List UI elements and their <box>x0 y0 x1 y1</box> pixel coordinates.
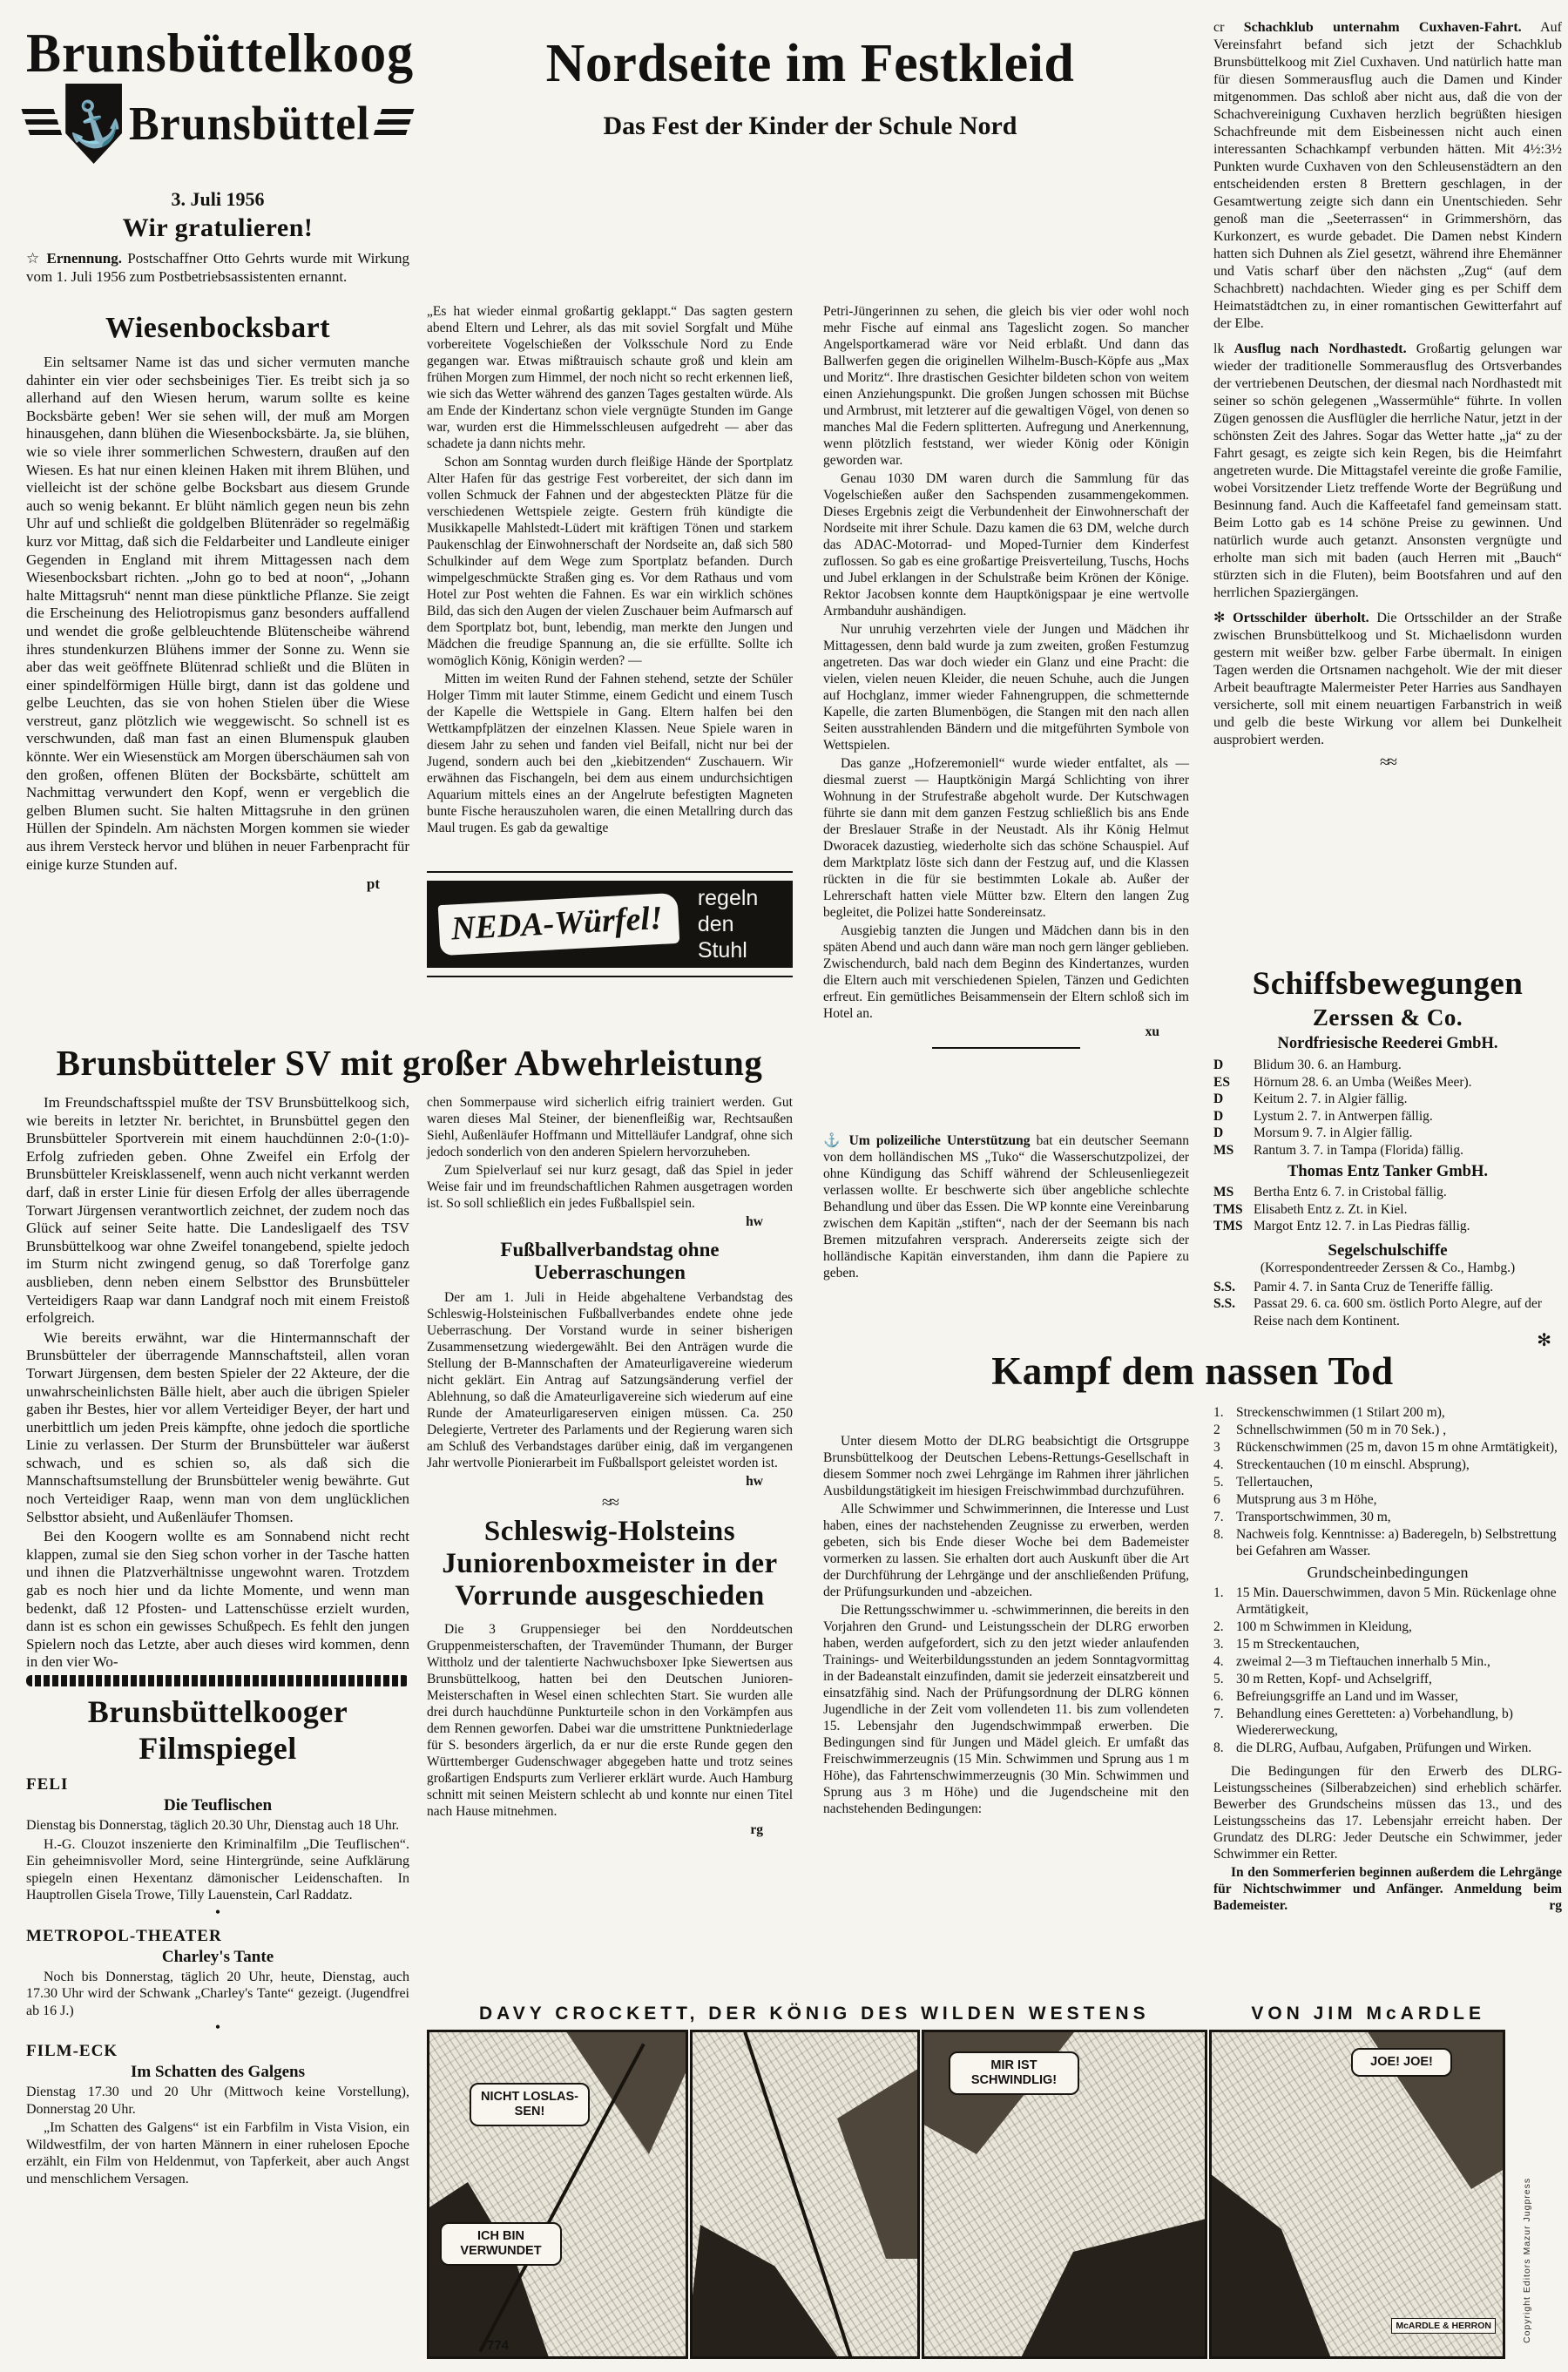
grundschein-title: Grundscheinbedingungen <box>1213 1564 1562 1581</box>
jugend-list-item: 8.Nachweis folg. Kenntnisse: a) Baderege… <box>1213 1526 1562 1559</box>
list-text: 30 m Retten, Kopf- und Achselgriff, <box>1236 1671 1432 1687</box>
section-filmspiegel: Brunsbüttelkooger Filmspiegel FELI Die T… <box>26 1693 409 2187</box>
issue-date: 3. Juli 1956 <box>26 188 409 211</box>
nordseite-signature: xu <box>823 1024 1189 1040</box>
kino-film-title: Charley's Tante <box>26 1948 409 1967</box>
dlrg-col-b: 1.Streckenschwimmen (1 Stilart 200 m), 2… <box>1213 1404 1562 1916</box>
wiesen-text: Ein seltsamer Name ist das und sicher ve… <box>26 354 409 874</box>
dlrg-signature: rg <box>1531 1897 1562 1914</box>
list-number: 6. <box>1213 1688 1236 1705</box>
dot-divider-icon: • <box>26 2021 409 2033</box>
polizei-title: Um polizeiliche Unterstützung <box>849 1133 1031 1148</box>
panel-number: 774 <box>487 2338 509 2353</box>
ship-text: Keitum 2. 7. in Algier fällig. <box>1254 1091 1408 1108</box>
sv-paragraph: chen Sommerpause wird sicherlich eifrig … <box>427 1094 793 1160</box>
comic-panel-2 <box>690 2030 920 2359</box>
polizei-text: bat ein deutscher Seemann von dem hollän… <box>823 1133 1189 1281</box>
grund-list-item: 4.zweimal 2—3 m Tieftauchen innerhalb 5 … <box>1213 1653 1562 1670</box>
grund-list-item: 8.die DLRG, Aufbau, Aufgaben, Prüfungen … <box>1213 1740 1562 1756</box>
nordseite-col-b: Petri-Jüngerinnen zu sehen, die gleich b… <box>823 303 1189 1056</box>
wave-divider: ≈≈ <box>427 1495 793 1510</box>
masthead: Brunsbüttelkoog ⚓ Brunsbüttel 3. Juli 19… <box>26 26 409 211</box>
jugend-list-item: 7.Transportschwimmen, 30 m, <box>1213 1509 1562 1525</box>
dlrg-paragraph: Unter diesem Motto der DLRG beabsichtigt… <box>823 1433 1189 1499</box>
grund-list-item: 2.100 m Schwimmen in Kleidung, <box>1213 1619 1562 1635</box>
schiffe-title: Schiffsbewegungen <box>1213 965 1562 1003</box>
list-text: Mutsprung aus 3 m Höhe, <box>1236 1491 1376 1508</box>
comic-copyright: Copyright Editors Mazur Jugpress <box>1522 2065 1532 2343</box>
article-wiesenbocksbart: Wiesenbocksbart Ein seltsamer Name ist d… <box>26 312 409 894</box>
article-schachklub: cr Schachklub unternahm Cuxhaven-Fahrt. … <box>1213 19 1562 333</box>
ad-rule-bottom <box>427 976 793 977</box>
boxen-signature: rg <box>427 1821 793 1838</box>
schiffe-company: Zerssen & Co. <box>1213 1004 1562 1031</box>
jugend-list-item: 4.Streckentauchen (10 m einschl. Absprun… <box>1213 1456 1562 1473</box>
ship-text: Lystum 2. 7. in Antwerpen fällig. <box>1254 1108 1433 1125</box>
list-number: 2. <box>1213 1619 1236 1635</box>
ship-entry: DKeitum 2. 7. in Algier fällig. <box>1213 1091 1562 1108</box>
jugend-list-item: 6Mutsprung aus 3 m Höhe, <box>1213 1491 1562 1508</box>
anchor-shield-icon: ⚓ <box>65 84 122 164</box>
comic-panel-3: MIR IST SCHWINDLIG! <box>922 2030 1207 2359</box>
kino-review: „Im Schatten des Galgens“ ist ein Farbfi… <box>26 2119 409 2187</box>
verbandstag-text: Der am 1. Juli in Heide abgehaltene Verb… <box>427 1289 793 1471</box>
speech-bubble: NICHT LOSLAS- SEN! <box>470 2083 590 2126</box>
star-icon: ☆ <box>26 250 41 267</box>
polizei-item: ⚓ Um polizeiliche Unterstützung bat ein … <box>823 1132 1189 1281</box>
ship-entry: DMorsum 9. 7. in Algier fällig. <box>1213 1125 1562 1142</box>
speech-bubble: MIR IST SCHWINDLIG! <box>949 2051 1079 2095</box>
sv-paragraph: Zum Spielverlauf sei nur kurz gesagt, da… <box>427 1162 793 1212</box>
ship-type: MS <box>1213 1184 1254 1201</box>
ship-entry: DLystum 2. 7. in Antwerpen fällig. <box>1213 1108 1562 1125</box>
nordseite-paragraph: Petri-Jüngerinnen zu sehen, die gleich b… <box>823 303 1189 469</box>
boxen-text: Die 3 Gruppensieger bei den Norddeutsche… <box>427 1621 793 1820</box>
ship-type: S.S. <box>1213 1279 1254 1296</box>
ship-type: D <box>1213 1091 1254 1108</box>
kino-film-title: Im Schatten des Galgens <box>26 2063 409 2082</box>
article-polizei: ⚓ Um polizeiliche Unterstützung bat ein … <box>823 1132 1189 1283</box>
ship-text: Hörnum 28. 6. an Umba (Weißes Meer). <box>1254 1074 1472 1091</box>
kino-times: Dienstag 17.30 und 20 Uhr (Mittwoch kein… <box>26 2084 409 2118</box>
list-number: 8. <box>1213 1526 1236 1559</box>
speech-bubble: ICH BIN VERWUNDET <box>440 2222 562 2266</box>
ship-type: TMS <box>1213 1201 1254 1219</box>
kino-name-metropol: METROPOL-THEATER <box>26 1927 409 1946</box>
schiffe-sec1-name: Nordfriesische Reederei GmbH. <box>1213 1035 1562 1053</box>
ship-text: Pamir 4. 7. in Santa Cruz de Teneriffe f… <box>1254 1279 1493 1296</box>
neda-ad: NEDA-Würfel! regeln den Stuhl <box>427 871 793 977</box>
list-text: Transportschwimmen, 30 m, <box>1236 1509 1391 1525</box>
sv-signature: hw <box>427 1213 793 1230</box>
list-text: Rückenschwimmen (25 m, davon 15 m ohne A… <box>1236 1439 1558 1456</box>
kino-name-filmeck: FILM-ECK <box>26 2042 409 2061</box>
kino-review: H.-G. Clouzot inszenierte den Kriminalfi… <box>26 1836 409 1904</box>
ship-text: Margot Entz 12. 7. in Las Piedras fällig… <box>1254 1218 1470 1235</box>
wiesen-title: Wiesenbocksbart <box>26 312 409 345</box>
section-gratulieren: Wir gratulieren! ☆ Ernennung. Postschaff… <box>26 213 409 287</box>
ausflug-title: Ausflug nach Nordhastedt. <box>1234 341 1407 356</box>
comic-panel-4: JOE! JOE! McARDLE & HERRON <box>1209 2030 1505 2359</box>
jugend-list-item: 2Schnellschwimmen (50 m in 70 Sek.) , <box>1213 1422 1562 1438</box>
list-text: die DLRG, Aufbau, Aufgaben, Prüfungen un… <box>1236 1740 1531 1756</box>
ship-text: Passat 29. 6. ca. 600 sm. östlich Porto … <box>1254 1295 1562 1329</box>
nordseite-paragraph: Nur unruhig verzehrten viele der Jungen … <box>823 621 1189 753</box>
nordseite-subtitle: Das Fest der Kinder der Schule Nord <box>427 112 1193 141</box>
ship-type: TMS <box>1213 1218 1254 1235</box>
list-text: Streckentauchen (10 m einschl. Absprung)… <box>1236 1456 1470 1473</box>
verbandstag-title: Fußballverbandstag ohne Ueberraschungen <box>427 1239 793 1284</box>
sv-paragraph: Im Freundschaftsspiel mußte der TSV Brun… <box>26 1094 409 1328</box>
schiffe-sec3-note: (Korrespondentreeder Zerssen & Co., Hamb… <box>1213 1260 1562 1276</box>
neda-claim-line1: regeln <box>698 885 781 911</box>
ship-type: ES <box>1213 1074 1254 1091</box>
kino-times: Noch bis Donnerstag, täglich 20 Uhr, heu… <box>26 1969 409 2020</box>
sv-paragraph: Bei den Koogern wollte es am Sonnabend n… <box>26 1528 409 1672</box>
speech-bubble: JOE! JOE! <box>1351 2048 1452 2077</box>
article-ausflug: lk Ausflug nach Nordhastedt. Großartig g… <box>1213 341 1562 602</box>
list-text: zweimal 2—3 m Tieftauchen innerhalb 5 Mi… <box>1236 1653 1490 1670</box>
jugend-list-item: 3Rückenschwimmen (25 m, davon 15 m ohne … <box>1213 1439 1562 1456</box>
comic-title-right: VON JIM McARDLE <box>1251 2004 1485 2024</box>
schiffe-sec2-name: Thomas Entz Tanker GmbH. <box>1213 1163 1562 1181</box>
sv-paragraph: Wie bereits erwähnt, war die Hintermanns… <box>26 1329 409 1527</box>
sv-title: Brunsbütteler SV mit großer Abwehrleistu… <box>26 1042 793 1084</box>
ship-entry: DBlidum 30. 6. an Hamburg. <box>1213 1057 1562 1074</box>
speed-lines-left-icon <box>21 109 63 139</box>
list-number: 3 <box>1213 1439 1236 1456</box>
kino-film-title: Die Teuflischen <box>26 1796 409 1815</box>
verbandstag-signature: hw <box>427 1473 793 1490</box>
column-4-top: cr Schachklub unternahm Cuxhaven-Fahrt. … <box>1213 19 1562 775</box>
list-number: 3. <box>1213 1636 1236 1652</box>
ship-entry: TMSMargot Entz 12. 7. in Las Piedras fäl… <box>1213 1218 1562 1235</box>
article-nordseite-header: Nordseite im Festkleid Das Fest der Kind… <box>427 35 1193 141</box>
ortsschilder-title: Ortsschilder überholt. <box>1233 611 1369 625</box>
artist-signature: McARDLE & HERRON <box>1391 2318 1496 2334</box>
list-number: 2 <box>1213 1422 1236 1438</box>
list-text: Schnellschwimmen (50 m in 70 Sek.) , <box>1236 1422 1446 1438</box>
list-text: Befreiungsgriffe an Land und im Wasser, <box>1236 1688 1458 1705</box>
grund-list-item: 5.30 m Retten, Kopf- und Achselgriff, <box>1213 1671 1562 1687</box>
ship-entry: S.S.Pamir 4. 7. in Santa Cruz de Tenerif… <box>1213 1279 1562 1296</box>
neda-claim-line2: den Stuhl <box>698 911 781 963</box>
gratulieren-title: Wir gratulieren! <box>26 213 409 243</box>
dlrg-paragraph: Alle Schwimmer und Schwimmerinnen, die I… <box>823 1501 1189 1600</box>
neda-ad-box: NEDA-Würfel! regeln den Stuhl <box>427 881 793 968</box>
sv-col-b: chen Sommerpause wird sicherlich eifrig … <box>427 1094 793 1230</box>
kino-name-feli: FELI <box>26 1775 409 1794</box>
list-text: 15 Min. Dauerschwimmen, davon 5 Min. Rüc… <box>1236 1585 1562 1618</box>
speed-lines-right-icon <box>372 109 414 139</box>
schiffe-sec3-name: Segelschulschiffe <box>1213 1241 1562 1260</box>
list-number: 1. <box>1213 1404 1236 1421</box>
ship-type: D <box>1213 1057 1254 1074</box>
boxen-body: Die 3 Gruppensieger bei den Norddeutsche… <box>427 1621 793 1838</box>
ship-text: Morsum 9. 7. in Algier fällig. <box>1254 1125 1413 1142</box>
ship-entry: MSRantum 3. 7. in Tampa (Florida) fällig… <box>1213 1142 1562 1159</box>
list-number: 4. <box>1213 1653 1236 1670</box>
grund-list-item: 7.Behandlung eines Geretteten: a) Vorbeh… <box>1213 1706 1562 1739</box>
neda-claim: regeln den Stuhl <box>698 885 781 963</box>
ship-text: Bertha Entz 6. 7. in Cristobal fällig. <box>1254 1184 1447 1201</box>
nordseite-paragraph: Mitten im weiten Rund der Fahnen stehend… <box>427 671 793 836</box>
article-ortsschilder: ✻ Ortsschilder überholt. Die Ortsschilde… <box>1213 610 1562 749</box>
boxen-title: Schleswig-Holsteins Juniorenboxmeister i… <box>427 1516 793 1612</box>
nordseite-paragraph: Das ganze „Hofzeremoniell“ wurde wieder … <box>823 755 1189 921</box>
masthead-title-line2: Brunsbüttel <box>129 97 370 152</box>
grund-list-item: 6.Befreiungsgriffe an Land und im Wasser… <box>1213 1688 1562 1705</box>
jugend-list-item: 5.Tellertauchen, <box>1213 1474 1562 1490</box>
list-text: Streckenschwimmen (1 Stilart 200 m), <box>1236 1404 1445 1421</box>
comic-strip: DAVY CROCKETT, DER KÖNIG DES WILDEN WEST… <box>427 2004 1520 2359</box>
nordseite-paragraph: Genau 1030 DM waren durch die Sammlung f… <box>823 470 1189 619</box>
ship-text: Rantum 3. 7. in Tampa (Florida) fällig. <box>1254 1142 1463 1159</box>
list-number: 7. <box>1213 1706 1236 1739</box>
list-text: 15 m Streckentauchen, <box>1236 1636 1360 1652</box>
ship-entry: ESHörnum 28. 6. an Umba (Weißes Meer). <box>1213 1074 1562 1091</box>
wave-divider: ≈≈ <box>1213 754 1562 770</box>
dlrg-title: Kampf dem nassen Tod <box>823 1348 1562 1394</box>
kino-times: Dienstag bis Donnerstag, täglich 20.30 U… <box>26 1817 409 1835</box>
ship-entry: TMSElisabeth Entz z. Zt. in Kiel. <box>1213 1201 1562 1219</box>
sv-col-a: Im Freundschaftsspiel mußte der TSV Brun… <box>26 1094 409 1672</box>
ad-rule-top <box>427 871 793 873</box>
ship-type: D <box>1213 1108 1254 1125</box>
neda-brand: NEDA-Würfel! <box>438 893 679 956</box>
dlrg-col-a: Unter diesem Motto der DLRG beabsichtigt… <box>823 1433 1189 1819</box>
ship-text: Elisabeth Entz z. Zt. in Kiel. <box>1254 1201 1407 1219</box>
dlrg-closing-bold-text: In den Sommerferien beginnen außerdem di… <box>1213 1865 1562 1913</box>
section-rule <box>932 1047 1080 1049</box>
nordseite-paragraph: Ausgiebig tanzten die Jungen und Mädchen… <box>823 922 1189 1022</box>
masthead-title-line1: Brunsbüttelkoog <box>26 24 409 82</box>
nordseite-paragraph: „Es hat wieder einmal großartig geklappt… <box>427 303 793 452</box>
braid-divider <box>26 1675 409 1686</box>
ship-type: S.S. <box>1213 1295 1254 1329</box>
list-number: 5. <box>1213 1474 1236 1490</box>
nordseite-paragraph: Schon am Sonntag wurden durch fleißige H… <box>427 454 793 669</box>
dot-divider-icon: • <box>26 1906 409 1918</box>
comic-title-left: DAVY CROCKETT, DER KÖNIG DES WILDEN WEST… <box>479 2004 1150 2024</box>
ship-text: Blidum 30. 6. an Hamburg. <box>1254 1057 1402 1074</box>
ortsschilder-text: Die Ortsschilder an der Straße zwischen … <box>1213 611 1562 747</box>
wiesen-signature: pt <box>26 875 409 894</box>
ship-type: D <box>1213 1125 1254 1142</box>
section-schiffsbewegungen: Schiffsbewegungen Zerssen & Co. Nordfrie… <box>1213 965 1562 1351</box>
list-number: 4. <box>1213 1456 1236 1473</box>
ship-entry: S.S.Passat 29. 6. ca. 600 sm. östlich Po… <box>1213 1295 1562 1329</box>
nordseite-col-a: „Es hat wieder einmal großartig geklappt… <box>427 303 793 838</box>
asterisk-icon: ✻ <box>1213 611 1225 625</box>
list-number: 7. <box>1213 1509 1236 1525</box>
ship-type: MS <box>1213 1142 1254 1159</box>
column-2-lower: chen Sommerpause wird sicherlich eifrig … <box>427 1094 793 1838</box>
ship-entry: MSBertha Entz 6. 7. in Cristobal fällig. <box>1213 1184 1562 1201</box>
dlrg-closing-bold: In den Sommerferien beginnen außerdem di… <box>1213 1864 1562 1914</box>
column-1-lower: Im Freundschaftsspiel mußte der TSV Brun… <box>26 1094 409 2189</box>
ausflug-initials: lk <box>1213 341 1224 356</box>
filmspiegel-title: Brunsbüttelkooger Filmspiegel <box>26 1693 409 1767</box>
verbandstag-body: Der am 1. Juli in Heide abgehaltene Verb… <box>427 1289 793 1490</box>
list-text: Behandlung eines Geretteten: a) Vorbehan… <box>1236 1706 1562 1739</box>
comic-panels: NICHT LOSLAS- SEN! ICH BIN VERWUNDET 774… <box>427 2030 1520 2359</box>
anchor-glyph-icon: ⚓ <box>58 90 128 158</box>
comic-panel-1: NICHT LOSLAS- SEN! ICH BIN VERWUNDET 774 <box>427 2030 688 2359</box>
jugend-list-item: 1.Streckenschwimmen (1 Stilart 200 m), <box>1213 1404 1562 1421</box>
list-number: 8. <box>1213 1740 1236 1756</box>
anchor-icon: ⚓ <box>823 1133 843 1148</box>
schachklub-title: Schachklub unternahm Cuxhaven-Fahrt. <box>1244 20 1522 35</box>
grund-list-item: 3.15 m Streckentauchen, <box>1213 1636 1562 1652</box>
list-number: 1. <box>1213 1585 1236 1618</box>
list-text: 100 m Schwimmen in Kleidung, <box>1236 1619 1412 1635</box>
gratulieren-item: ☆ Ernennung. Postschaffner Otto Gehrts w… <box>26 250 409 286</box>
list-number: 5. <box>1213 1671 1236 1687</box>
newspaper-page: Brunsbüttelkoog ⚓ Brunsbüttel 3. Juli 19… <box>0 0 1568 2372</box>
grund-list-item: 1.15 Min. Dauerschwimmen, davon 5 Min. R… <box>1213 1585 1562 1618</box>
ausflug-text: Großartig gelungen war wieder der tradit… <box>1213 341 1562 600</box>
dlrg-closing: Die Bedingungen für den Erwerb des DLRG-… <box>1213 1763 1562 1862</box>
list-text: Tellertauchen, <box>1236 1474 1313 1490</box>
nordseite-title: Nordseite im Festkleid <box>427 35 1193 92</box>
list-number: 6 <box>1213 1491 1236 1508</box>
gratulieren-item-lead: Ernennung. <box>47 250 122 267</box>
schachklub-text: Auf Vereinsfahrt befand sich jetzt der S… <box>1213 20 1562 331</box>
list-text: Nachweis folg. Kenntnisse: a) Baderegeln… <box>1236 1526 1562 1559</box>
dlrg-paragraph: Die Rettungsschwimmer u. -schwimmerinnen… <box>823 1602 1189 1817</box>
schachklub-initials: cr <box>1213 20 1224 35</box>
